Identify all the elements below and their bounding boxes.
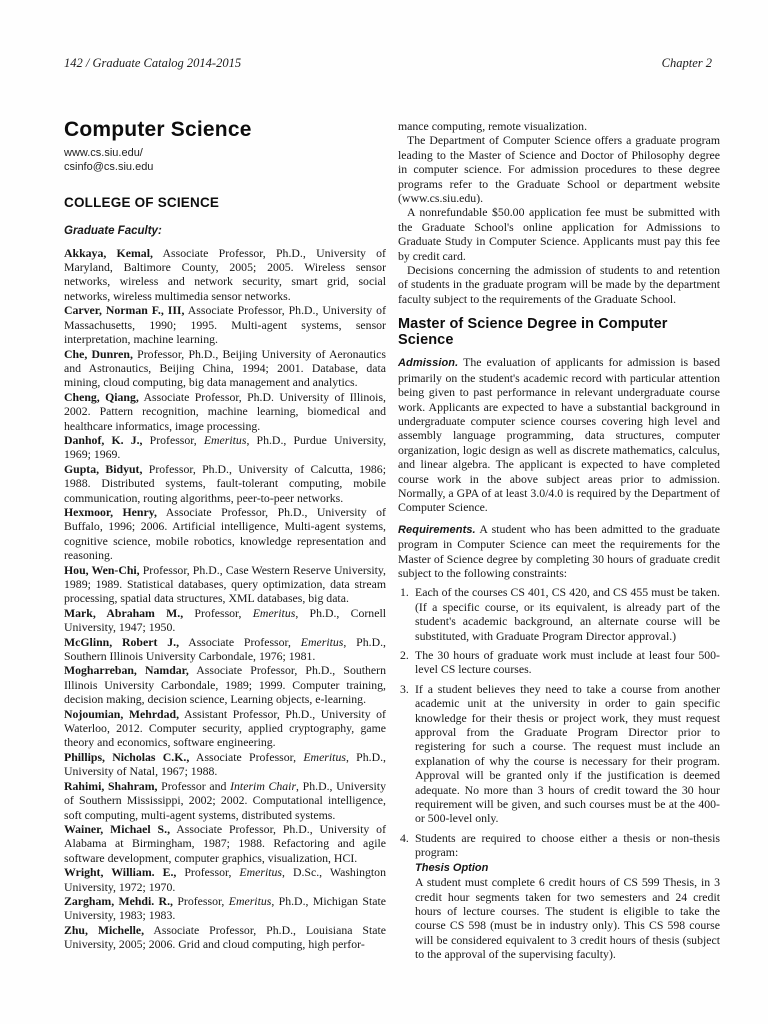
faculty-entry: Mark, Abraham M., Professor, Emeritus, P…	[64, 606, 386, 635]
admission-paragraph: Admission. The evaluation of applicants …	[398, 355, 720, 514]
requirement-item: 3.If a student believes they need to tak…	[398, 682, 720, 826]
admission-lead: Admission.	[398, 357, 458, 369]
faculty-entry: Carver, Norman F., III, Associate Profes…	[64, 303, 386, 346]
faculty-entry: Phillips, Nicholas C.K., Associate Profe…	[64, 750, 386, 779]
thesis-option-text: A student must complete 6 credit hours o…	[415, 875, 720, 961]
website-url: www.cs.siu.edu/	[64, 146, 386, 160]
email-address: csinfo@cs.siu.edu	[64, 160, 386, 174]
faculty-entry: Wright, William. E., Professor, Emeritus…	[64, 865, 386, 894]
paragraph: A nonrefundable $50.00 application fee m…	[398, 205, 720, 263]
faculty-entry: Wainer, Michael S., Associate Professor,…	[64, 822, 386, 865]
faculty-entry: Che, Dunren, Professor, Ph.D., Beijing U…	[64, 347, 386, 390]
page-title: Computer Science	[64, 119, 386, 142]
faculty-entry: Danhof, K. J., Professor, Emeritus, Ph.D…	[64, 433, 386, 462]
intro-paragraphs: mance computing, remote visualization.Th…	[398, 119, 720, 306]
catalog-page: 142 / Graduate Catalog 2014-2015 Chapter…	[0, 0, 768, 1024]
faculty-entry: Cheng, Qiang, Associate Professor, Ph.D.…	[64, 390, 386, 433]
requirement-item: 1.Each of the courses CS 401, CS 420, an…	[398, 585, 720, 643]
paragraph: mance computing, remote visualization.	[398, 119, 720, 133]
right-column: mance computing, remote visualization.Th…	[398, 119, 720, 962]
faculty-list: Akkaya, Kemal, Associate Professor, Ph.D…	[64, 246, 386, 952]
faculty-entry: Akkaya, Kemal, Associate Professor, Ph.D…	[64, 246, 386, 304]
faculty-entry: Rahimi, Shahram, Professor and Interim C…	[64, 779, 386, 822]
thesis-option-heading: Thesis Option	[415, 861, 720, 875]
requirements-paragraph: Requirements. A student who has been adm…	[398, 522, 720, 581]
running-head: 142 / Graduate Catalog 2014-2015 Chapter…	[0, 0, 768, 71]
faculty-entry: McGlinn, Robert J., Associate Professor,…	[64, 635, 386, 664]
running-head-left: 142 / Graduate Catalog 2014-2015	[64, 56, 241, 71]
paragraph: The Department of Computer Science offer…	[398, 133, 720, 205]
left-column: Computer Science www.cs.siu.edu/ csinfo@…	[64, 119, 386, 962]
faculty-entry: Hou, Wen-Chi, Professor, Ph.D., Case Wes…	[64, 563, 386, 606]
page-content: Computer Science www.cs.siu.edu/ csinfo@…	[0, 71, 768, 962]
faculty-entry: Nojoumian, Mehrdad, Assistant Professor,…	[64, 707, 386, 750]
running-head-right: Chapter 2	[662, 56, 712, 71]
faculty-entry: Hexmoor, Henry, Associate Professor, Ph.…	[64, 505, 386, 563]
requirements-list: 1.Each of the courses CS 401, CS 420, an…	[398, 585, 720, 961]
faculty-entry: Zargham, Mehdi. R., Professor, Emeritus,…	[64, 894, 386, 923]
requirements-lead: Requirements.	[398, 524, 476, 536]
paragraph: Decisions concerning the admission of st…	[398, 263, 720, 306]
faculty-entry: Mogharreban, Namdar, Associate Professor…	[64, 663, 386, 706]
college-heading: COLLEGE OF SCIENCE	[64, 195, 386, 210]
faculty-entry: Gupta, Bidyut, Professor, Ph.D., Univers…	[64, 462, 386, 505]
faculty-entry: Zhu, Michelle, Associate Professor, Ph.D…	[64, 923, 386, 952]
faculty-label: Graduate Faculty:	[64, 225, 386, 237]
requirement-item: 2.The 30 hours of graduate work must inc…	[398, 648, 720, 677]
admission-text: The evaluation of applicants for admissi…	[398, 355, 720, 514]
requirement-item: 4.Students are required to choose either…	[398, 831, 720, 962]
section-heading: Master of Science Degree in Computer Sci…	[398, 316, 720, 348]
